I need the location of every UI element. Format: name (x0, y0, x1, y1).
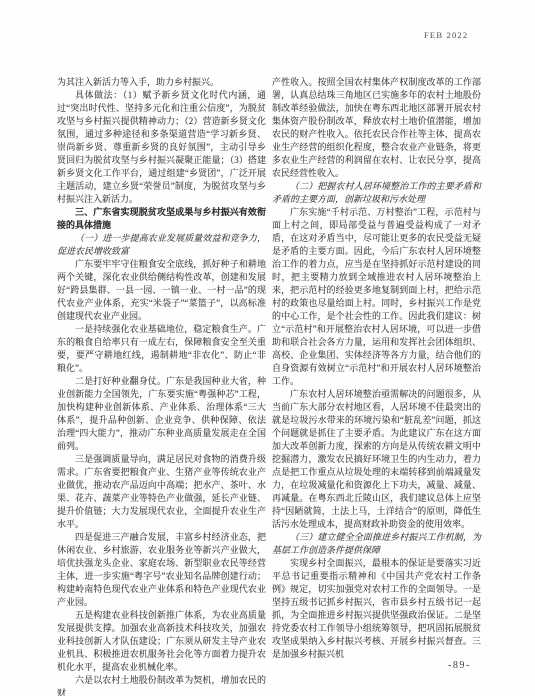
paragraph: 为其注入新活力等入手，助力乡村振兴。 (57, 76, 266, 89)
header-date: FEB 2022 (424, 30, 468, 40)
paragraph: 一是持续强化农业基础地位，稳定粮食生产。广东的粮食自给率只有一成左右，保障粮食安… (57, 323, 266, 375)
paragraph: 五是构建农业科技创新推广体系，为农业高质量发展提供支撑。加强农业高新技术科技攻关… (57, 609, 266, 674)
subsection-heading: （二）把握农村人居环境整治工作的主要矛盾和矛盾的主要方面，创新垃圾和污水处理 (272, 180, 481, 206)
paragraph: 产性收入。按照全国农村集体产权制度改革的工作部署，认真总结珠三角地区已实施多年的… (272, 76, 481, 180)
paragraph: 三是强调质量导向，满足居民对食物的消费升级需求。广东省要把粮食产业、生猪产业等传… (57, 453, 266, 531)
journal-page: FEB 2022 为其注入新活力等入手，助力乡村振兴。具体做法：（1）赋予新乡贤… (0, 0, 535, 696)
paragraph: 具体做法：（1）赋予新乡贤文化时代内涵，通过“突出时代性、坚持多元化和注重公信度… (57, 89, 266, 206)
paragraph: 六是以农村土地股份制改革为契机，增加农民的财 (57, 674, 266, 696)
paragraph: 二是打好种业翻身仗。广东是我国种业大省，种业创新能力全国领先，广东要实施“粤强种… (57, 375, 266, 453)
section-heading: 三、广东省实现脱贫攻坚成果与乡村振兴有效衔接的具体措施 (57, 206, 266, 232)
paragraph: 实现乡村全面振兴，最根本的保证是要落实习近平总书记重要指示精神和《中国共产党农村… (272, 557, 481, 661)
paragraph: 广东农村人居环境整治亟需解决的问题很多，从当前广东大部分农村地区看，人居环境不佳… (272, 388, 481, 531)
left_column: 为其注入新活力等入手，助力乡村振兴。具体做法：（1）赋予新乡贤文化时代内涵，通过… (57, 76, 266, 696)
page-number: -89- (448, 660, 471, 671)
paragraph: 四是促进三产融合发展，丰富乡村经济业态，把休闲农业、乡村旅游、农业服务业等新兴产… (57, 531, 266, 609)
paragraph: 广东要牢牢守住粮食安全底线，抓好种子和耕地两个关键，深化农业供给侧结构性改革，创… (57, 258, 266, 323)
subsection-heading: （三）建立健全全面推进乡村振兴工作机制，为基层工作创造条件提供保障 (272, 531, 481, 557)
right_column: 产性收入。按照全国农村集体产权制度改革的工作部署，认真总结珠三角地区已实施多年的… (272, 76, 481, 661)
paragraph: 广东实施“千村示范、万村整治”工程，示范村与面上村之间，即局部受益与普遍受益构成… (272, 206, 481, 388)
subsection-heading: （一）进一步提高农业发展质量效益和竞争力，促进农民增收致富 (57, 232, 266, 258)
